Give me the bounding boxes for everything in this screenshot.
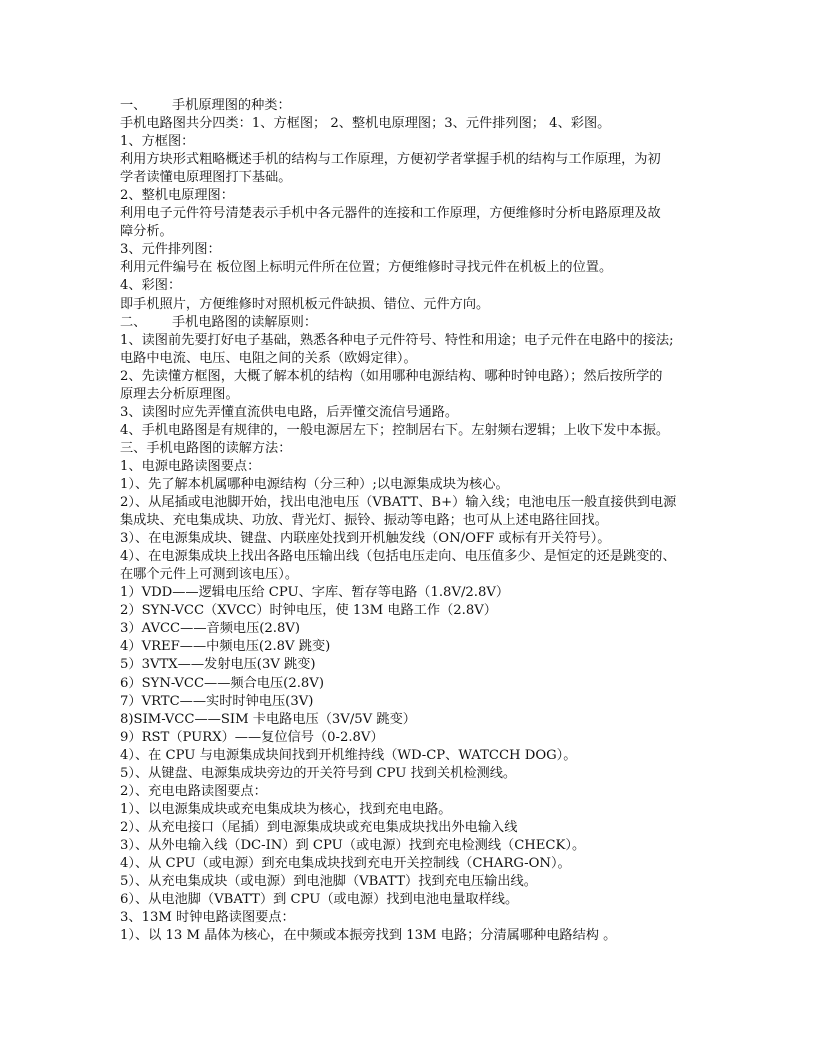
text-line: 6）、从电池脚（VBATT）到 CPU（或电源）找到电池电量取样线。 [120, 891, 700, 909]
line-text: 原理去分析原理图。 [120, 387, 239, 402]
line-text: 电路中电流、电压、电阻之间的关系（欧姆定律）。 [120, 351, 417, 366]
line-text: 4、手机电路图是有规律的，一般电源居左下；控制居右下。左射频右逻辑；上收下发中本… [120, 423, 669, 438]
text-line: 9）RST（PURX）——复位信号（0-2.8V） [120, 729, 700, 747]
line-text: 2）、从尾插或电池脚开始，找出电池电压（VBATT、B+）输入线；电池电压一般直… [120, 495, 676, 510]
text-line: 在哪个元件上可测到该电压）。 [120, 566, 700, 584]
section-heading: 二、手机电路图的读解原则： [120, 314, 700, 332]
text-line: 障分析。 [120, 223, 700, 241]
text-line: 8)SIM-VCC——SIM 卡电路电压（3V/5V 跳变） [120, 711, 700, 729]
line-text: 3、13M 时钟电路读图要点： [120, 910, 295, 925]
line-text: 4）、从 CPU（或电源）到充电集成块找到充电开关控制线（CHARG-ON）。 [120, 856, 571, 871]
text-line: 4）、从 CPU（或电源）到充电集成块找到充电开关控制线（CHARG-ON）。 [120, 855, 700, 873]
text-line: 7）VRTC——实时时钟电压(3V) [120, 693, 700, 711]
text-line: 3）AVCC——音频电压(2.8V) [120, 620, 700, 638]
text-line: 学者读懂电原理图打下基础。 [120, 169, 700, 187]
heading-number: 二、 [120, 314, 172, 332]
line-text: 3、读图时应先弄懂直流供电电路，后弄懂交流信号通路。 [120, 405, 458, 420]
line-text: 利用元件编号在 板位图上标明元件所在位置；方便维修时寻找元件在机板上的位置。 [120, 260, 612, 275]
line-text: 利用电子元件符号清楚表示手机中各元器件的连接和工作原理，方便维修时分析电路原理及… [120, 206, 661, 221]
line-text: 手机电路图共分四类：1、方框图； 2、整机电原理图；3、元件排列图； 4、彩图。 [120, 116, 610, 131]
text-line: 1、电源电路读图要点： [120, 458, 700, 476]
line-text: 1、方框图： [120, 134, 194, 149]
line-text: 集成块、充电集成块、功放、背光灯、振铃、振动等电路；也可从上述电路往回找。 [120, 513, 608, 528]
text-line: 3、读图时应先弄懂直流供电电路，后弄懂交流信号通路。 [120, 404, 700, 422]
text-line: 5）、从充电集成块（或电源）到电池脚（VBATT）找到充电压输出线。 [120, 873, 700, 891]
text-line: 集成块、充电集成块、功放、背光灯、振铃、振动等电路；也可从上述电路往回找。 [120, 512, 700, 530]
text-line: 4、彩图： [120, 277, 700, 295]
text-line: 3）、在电源集成块、键盘、内联座处找到开机触发线（ON/OFF 或标有开关符号）… [120, 530, 700, 548]
line-text: 障分析。 [120, 224, 173, 239]
line-text: 4）VREF——中频电压(2.8V 跳变) [120, 639, 330, 654]
text-line: 原理去分析原理图。 [120, 386, 700, 404]
text-line: 2）、从充电接口（尾插）到电源集成块或充电集成块找出外电输入线 [120, 819, 700, 837]
line-text: 5）、从充电集成块（或电源）到电池脚（VBATT）找到充电压输出线。 [120, 874, 537, 889]
line-text: 即手机照片，方便维修时对照机板元件缺损、错位、元件方向。 [120, 297, 489, 312]
text-line: 3）、从外电输入线（DC-IN）到 CPU（或电源）找到充电检测线（CHECK）… [120, 837, 700, 855]
text-line: 1）、先了解本机属哪种电源结构（分三种）;以电源集成块为核心。 [120, 476, 700, 494]
line-text: 3）、从外电输入线（DC-IN）到 CPU（或电源）找到充电检测线（CHECK）… [120, 838, 585, 853]
text-line: 利用元件编号在 板位图上标明元件所在位置；方便维修时寻找元件在机板上的位置。 [120, 259, 700, 277]
line-text: 6）SYN-VCC——频合电压(2.8V) [120, 676, 324, 691]
text-line: 4）、在 CPU 与电源集成块间找到开机维持线（WD-CP、WATCCH DOG… [120, 747, 700, 765]
text-line: 4）、在电源集成块上找出各路电压输出线（包括电压走向、电压值多少、是恒定的还是跳… [120, 548, 700, 566]
text-line: 即手机照片，方便维修时对照机板元件缺损、错位、元件方向。 [120, 296, 700, 314]
text-line: 2）、从尾插或电池脚开始，找出电池电压（VBATT、B+）输入线；电池电压一般直… [120, 494, 700, 512]
line-text: 2）SYN-VCC（XVCC）时钟电压，使 13M 电路工作（2.8V） [120, 603, 497, 618]
text-line: 手机电路图共分四类：1、方框图； 2、整机电原理图；3、元件排列图； 4、彩图。 [120, 115, 700, 133]
text-line: 2、先读懂方框图，大概了解本机的结构（如用哪种电源结构、哪种时钟电路）；然后按所… [120, 368, 700, 386]
text-line: 三、手机电路图的读解方法： [120, 440, 700, 458]
document-body: 一、手机原理图的种类：手机电路图共分四类：1、方框图； 2、整机电原理图；3、元… [120, 97, 700, 945]
text-line: 电路中电流、电压、电阻之间的关系（欧姆定律）。 [120, 350, 700, 368]
line-text: 8)SIM-VCC——SIM 卡电路电压（3V/5V 跳变） [120, 712, 416, 727]
text-line: 2、整机电原理图： [120, 187, 700, 205]
line-text: 手机原理图的种类： [172, 98, 291, 113]
line-text: 学者读懂电原理图打下基础。 [120, 170, 291, 185]
heading-number: 一、 [120, 97, 172, 115]
line-text: 手机电路图的读解原则： [172, 315, 317, 330]
section-heading: 一、手机原理图的种类： [120, 97, 700, 115]
line-text: 6）、从电池脚（VBATT）到 CPU（或电源）找到电池电量取样线。 [120, 892, 518, 907]
text-line: 1、方框图： [120, 133, 700, 151]
line-text: 利用方块形式粗略概述手机的结构与工作原理，方便初学者掌握手机的结构与工作原理，为… [120, 152, 661, 167]
line-text: 7）VRTC——实时时钟电压(3V) [120, 694, 313, 709]
text-line: 1）、以 13 M 晶体为核心，在中频或本振旁找到 13M 电路；分清属哪种电路… [120, 927, 700, 945]
line-text: 1）、以 13 M 晶体为核心，在中频或本振旁找到 13M 电路；分清属哪种电路… [120, 928, 616, 943]
line-text: 1、电源电路读图要点： [120, 459, 260, 474]
text-line: 利用电子元件符号清楚表示手机中各元器件的连接和工作原理，方便维修时分析电路原理及… [120, 205, 700, 223]
text-line: 4、手机电路图是有规律的，一般电源居左下；控制居右下。左射频右逻辑；上收下发中本… [120, 422, 700, 440]
line-text: 2、整机电原理图： [120, 188, 234, 203]
text-line: 6）SYN-VCC——频合电压(2.8V) [120, 675, 700, 693]
line-text: 3、元件排列图： [120, 242, 221, 257]
line-text: 3）、在电源集成块、键盘、内联座处找到开机触发线（ON/OFF 或标有开关符号）… [120, 531, 610, 546]
line-text: 1、读图前先要打好电子基础，熟悉各种电子元件符号、特性和用途；电子元件在电路中的… [120, 333, 674, 348]
line-text: 4）、在电源集成块上找出各路电压输出线（包括电压走向、电压值多少、是恒定的还是跳… [120, 549, 676, 564]
line-text: 5）3VTX——发射电压(3V 跳变) [120, 657, 316, 672]
line-text: 2）、充电电路读图要点： [120, 784, 267, 799]
line-text: 1）、以电源集成块或充电集成块为核心，找到充电电路。 [120, 802, 451, 817]
text-line: 1）、以电源集成块或充电集成块为核心，找到充电电路。 [120, 801, 700, 819]
text-line: 5）3VTX——发射电压(3V 跳变) [120, 656, 700, 674]
text-line: 2）SYN-VCC（XVCC）时钟电压，使 13M 电路工作（2.8V） [120, 602, 700, 620]
line-text: 在哪个元件上可测到该电压）。 [120, 567, 298, 582]
text-line: 1、读图前先要打好电子基础，熟悉各种电子元件符号、特性和用途；电子元件在电路中的… [120, 332, 700, 350]
line-text: 3）AVCC——音频电压(2.8V) [120, 621, 300, 636]
line-text: 9）RST（PURX）——复位信号（0-2.8V） [120, 730, 384, 745]
line-text: 1）VDD——逻辑电压给 CPU、字库、暂存等电路（1.8V/2.8V） [120, 585, 509, 600]
text-line: 3、13M 时钟电路读图要点： [120, 909, 700, 927]
line-text: 三、手机电路图的读解方法： [120, 441, 291, 456]
text-line: 5）、从键盘、电源集成块旁边的开关符号到 CPU 找到关机检测线。 [120, 765, 700, 783]
text-line: 1）VDD——逻辑电压给 CPU、字库、暂存等电路（1.8V/2.8V） [120, 584, 700, 602]
line-text: 5）、从键盘、电源集成块旁边的开关符号到 CPU 找到关机检测线。 [120, 766, 516, 781]
text-line: 2）、充电电路读图要点： [120, 783, 700, 801]
text-line: 4）VREF——中频电压(2.8V 跳变) [120, 638, 700, 656]
line-text: 1）、先了解本机属哪种电源结构（分三种）;以电源集成块为核心。 [120, 477, 509, 492]
line-text: 4）、在 CPU 与电源集成块间找到开机维持线（WD-CP、WATCCH DOG… [120, 748, 576, 763]
text-line: 利用方块形式粗略概述手机的结构与工作原理，方便初学者掌握手机的结构与工作原理，为… [120, 151, 700, 169]
text-line: 3、元件排列图： [120, 241, 700, 259]
line-text: 4、彩图： [120, 278, 181, 293]
line-text: 2）、从充电接口（尾插）到电源集成块或充电集成块找出外电输入线 [120, 820, 517, 835]
line-text: 2、先读懂方框图，大概了解本机的结构（如用哪种电源结构、哪种时钟电路）；然后按所… [120, 369, 662, 384]
